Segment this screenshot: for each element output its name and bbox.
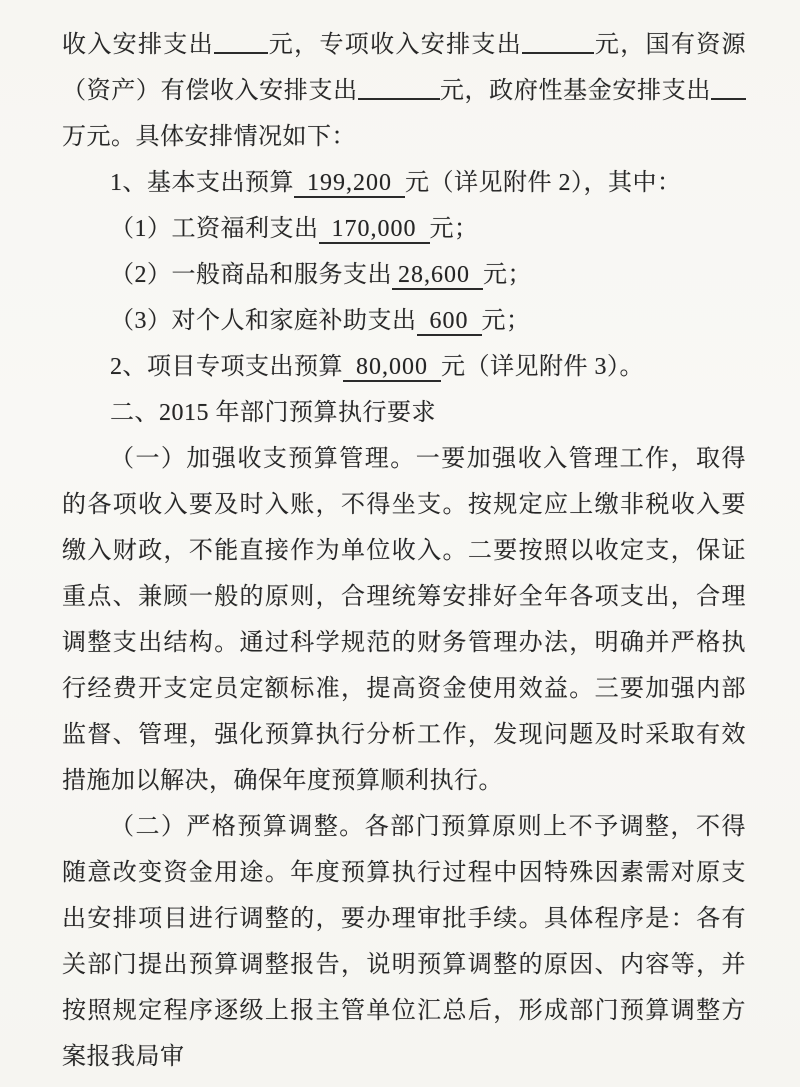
- section-heading-2015-requirements: 二、2015 年部门预算执行要求: [62, 390, 746, 436]
- budget-item-project: 2、项目专项支出预算80,000元（详见附件 3）。: [62, 344, 746, 390]
- intro-text-4: 元，政府性基金安排支出: [440, 78, 711, 104]
- item-goods-label: （2）一般商品和服务支出: [110, 262, 392, 288]
- budget-item-salary: （1）工资福利支出170,000元；: [62, 206, 746, 252]
- item-salary-label: （1）工资福利支出: [110, 216, 319, 242]
- intro-text-2: 元，专项收入安排支出: [268, 32, 522, 58]
- paragraph-budget-adjustment: （二）严格预算调整。各部门预算原则上不予调整，不得随意改变资金用途。年度预算执行…: [62, 804, 746, 1080]
- amount-basic-total: 199,200: [294, 170, 405, 198]
- amount-salary: 170,000: [319, 216, 430, 244]
- paragraph-intro: 收入安排支出元，专项收入安排支出元，国有资源（资产）有偿收入安排支出元，政府性基…: [62, 22, 746, 160]
- intro-text-5: 万元。具体安排情况如下：: [62, 124, 356, 150]
- item-salary-suffix: 元；: [430, 216, 479, 242]
- paragraph-budget-management: （一）加强收支预算管理。一要加强收入管理工作，取得的各项收入要及时入账，不得坐支…: [62, 436, 746, 804]
- item-project-suffix: 元（详见附件 3）。: [441, 354, 644, 380]
- document-page: 收入安排支出元，专项收入安排支出元，国有资源（资产）有偿收入安排支出元，政府性基…: [0, 0, 800, 1087]
- blank-line-income: [214, 52, 268, 54]
- item-subsidy-suffix: 元；: [482, 308, 531, 334]
- budget-item-goods: （2）一般商品和服务支出28,600元；: [62, 252, 746, 298]
- amount-subsidy: 600: [417, 308, 482, 336]
- item-subsidy-label: （3）对个人和家庭补助支出: [110, 308, 417, 334]
- item-basic-label: 1、基本支出预算: [110, 170, 294, 196]
- amount-goods: 28,600: [392, 262, 483, 290]
- blank-line-state-resource: [358, 98, 440, 100]
- intro-text-1: 收入安排支出: [62, 32, 214, 58]
- item-basic-suffix: 元（详见附件 2），其中：: [405, 170, 682, 196]
- amount-project: 80,000: [343, 354, 441, 382]
- item-project-label: 2、项目专项支出预算: [110, 354, 343, 380]
- blank-line-special-income: [522, 52, 594, 54]
- budget-item-subsidy: （3）对个人和家庭补助支出600元；: [62, 298, 746, 344]
- budget-item-basic: 1、基本支出预算199,200元（详见附件 2），其中：: [62, 160, 746, 206]
- item-goods-suffix: 元；: [483, 262, 532, 288]
- blank-line-gov-fund: [711, 98, 746, 100]
